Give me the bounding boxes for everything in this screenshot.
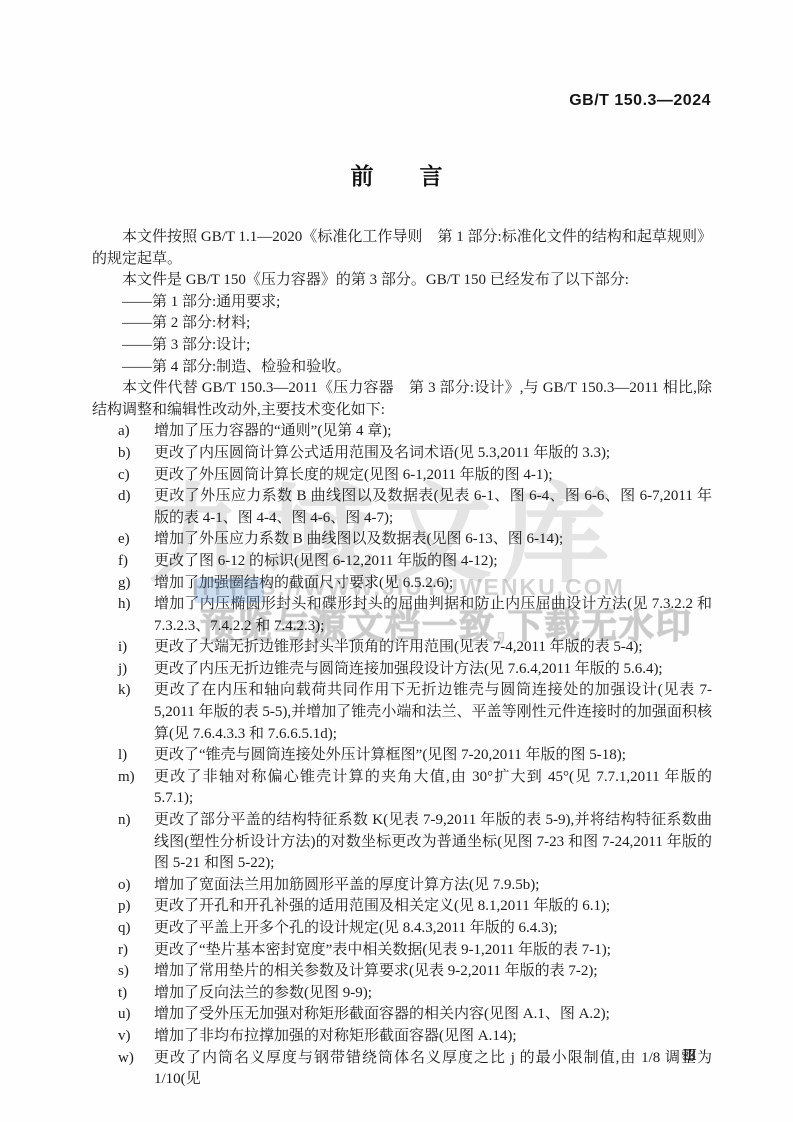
change-item: t) 增加了反向法兰的参数(见图 9-9); [92,983,712,1005]
change-item: n) 更改了部分平盖的结构特征系数 K(见表 7-9,2011 年版的表 5-9… [92,810,712,875]
change-item-text: 更改了非轴对称偏心锥壳计算的夹角大值,由 30°扩大到 45°(见 7.7.1,… [154,767,712,810]
change-item-text: 增加了反向法兰的参数(见图 9-9); [154,983,712,1005]
change-item-label: g) [118,573,154,595]
change-item: h) 增加了内压椭圆形封头和碟形封头的屈曲判据和防止内压屈曲设计方法(见 7.3… [92,594,712,637]
parts-list: ——第 1 部分:通用要求; ——第 2 部分:材料; ——第 3 部分:设计;… [92,292,712,378]
change-item-label: e) [118,529,154,551]
standard-number: GB/T 150.3—2024 [569,92,711,110]
change-item-text: 增加了宽面法兰用加筋圆形平盖的厚度计算方法(见 7.9.5b); [154,875,712,897]
change-item-label: l) [118,745,154,767]
change-item-label: d) [118,486,154,529]
change-item-text: 更改了内压圆筒计算公式适用范围及名词术语(见 5.3,2011 年版的 3.3)… [154,443,712,465]
change-item: l) 更改了“锥壳与圆筒连接处外压计算框图”(见图 7-20,2011 年版的图… [92,745,712,767]
change-item-text: 增加了加强圈结构的截面尺寸要求(见 6.5.2.6); [154,573,712,595]
change-item-label: u) [118,1004,154,1026]
change-item: s) 增加了常用垫片的相关参数及计算要求(见表 9-2,2011 年版的表 7-… [92,961,712,983]
change-item-text: 增加了外压应力系数 B 曲线图以及数据表(见图 6-13、图 6-14); [154,529,712,551]
change-item-text: 增加了内压椭圆形封头和碟形封头的屈曲判据和防止内压屈曲设计方法(见 7.3.2.… [154,594,712,637]
page-title: 前 言 [0,158,793,191]
change-item-text: 更改了内筒名义厚度与钢带错绕筒体名义厚度之比 j 的最小限制值,由 1/8 调整… [154,1048,712,1091]
change-item-text: 更改了外压应力系数 B 曲线图以及数据表(见表 6-1、图 6-4、图 6-6、… [154,486,712,529]
change-item: b) 更改了内压圆筒计算公式适用范围及名词术语(见 5.3,2011 年版的 3… [92,443,712,465]
change-item: p) 更改了开孔和开孔补强的适用范围及相关定义(见 8.1,2011 年版的 6… [92,896,712,918]
intro-paragraph-series: 本文件是 GB/T 150《压力容器》的第 3 部分。GB/T 150 已经发布… [92,270,712,292]
change-item: v) 增加了非均布拉撑加强的对称矩形截面容器(见图 A.14); [92,1026,712,1048]
change-item-label: h) [118,594,154,637]
change-item: f) 更改了图 6-12 的标识(见图 6-12,2011 年版的图 4-12)… [92,551,712,573]
change-item: a) 增加了压力容器的“通则”(见第 4 章); [92,421,712,443]
change-item-label: n) [118,810,154,875]
document-page: GB/T 150.3—2024 前 言 本文件按照 GB/T 1.1—2020《… [0,0,793,1122]
change-item: o) 增加了宽面法兰用加筋圆形平盖的厚度计算方法(见 7.9.5b); [92,875,712,897]
change-item-label: m) [118,767,154,810]
change-item-label: s) [118,961,154,983]
changes-list: a) 增加了压力容器的“通则”(见第 4 章); b) 更改了内压圆筒计算公式适… [92,421,712,1090]
page-number: Ⅲ [683,1046,697,1065]
change-item: r) 更改了“垫片基本密封宽度”表中相关数据(见表 9-1,2011 年版的表 … [92,940,712,962]
change-item-text: 更改了开孔和开孔补强的适用范围及相关定义(见 8.1,2011 年版的 6.1)… [154,896,712,918]
change-item-text: 增加了受外压无加强对称矩形截面容器的相关内容(见图 A.1、图 A.2); [154,1004,712,1026]
change-item-text: 更改了“锥壳与圆筒连接处外压计算框图”(见图 7-20,2011 年版的图 5-… [154,745,712,767]
change-item-label: o) [118,875,154,897]
change-item-label: v) [118,1026,154,1048]
change-item: i) 更改了大端无折边锥形封头半顶角的许用范围(见表 7-4,2011 年版的表… [92,637,712,659]
change-item: m) 更改了非轴对称偏心锥壳计算的夹角大值,由 30°扩大到 45°(见 7.7… [92,767,712,810]
change-item-label: t) [118,983,154,1005]
parts-list-item: ——第 4 部分:制造、检验和验收。 [92,357,712,379]
change-item-text: 更改了在内压和轴向载荷共同作用下无折边锥壳与圆筒连接处的加强设计(见表 7-5,… [154,680,712,745]
change-item-text: 更改了平盖上开多个孔的设计规定(见 8.4.3,2011 年版的 6.4.3); [154,918,712,940]
document-body: 本文件按照 GB/T 1.1—2020《标准化工作导则 第 1 部分:标准化文件… [92,227,712,1091]
change-item: d) 更改了外压应力系数 B 曲线图以及数据表(见表 6-1、图 6-4、图 6… [92,486,712,529]
change-item-label: i) [118,637,154,659]
change-item: w) 更改了内筒名义厚度与钢带错绕筒体名义厚度之比 j 的最小限制值,由 1/8… [92,1048,712,1091]
parts-list-item: ——第 3 部分:设计; [92,335,712,357]
change-item-label: q) [118,918,154,940]
change-item: q) 更改了平盖上开多个孔的设计规定(见 8.4.3,2011 年版的 6.4.… [92,918,712,940]
change-item-text: 更改了大端无折边锥形封头半顶角的许用范围(见表 7-4,2011 年版的表 5-… [154,637,712,659]
change-item-label: r) [118,940,154,962]
parts-list-item: ——第 2 部分:材料; [92,313,712,335]
change-item-text: 更改了“垫片基本密封宽度”表中相关数据(见表 9-1,2011 年版的表 7-1… [154,940,712,962]
change-item-label: a) [118,421,154,443]
change-item: e) 增加了外压应力系数 B 曲线图以及数据表(见图 6-13、图 6-14); [92,529,712,551]
change-item-label: w) [118,1048,154,1091]
change-item: k) 更改了在内压和轴向载荷共同作用下无折边锥壳与圆筒连接处的加强设计(见表 7… [92,680,712,745]
change-item-text: 更改了外压圆筒计算长度的规定(见图 6-1,2011 年版的图 4-1); [154,465,712,487]
change-item-label: j) [118,659,154,681]
change-item-label: p) [118,896,154,918]
change-item-text: 更改了图 6-12 的标识(见图 6-12,2011 年版的图 4-12); [154,551,712,573]
parts-list-item: ——第 1 部分:通用要求; [92,292,712,314]
change-item: g) 增加了加强圈结构的截面尺寸要求(见 6.5.2.6); [92,573,712,595]
change-item-label: f) [118,551,154,573]
change-item: u) 增加了受外压无加强对称矩形截面容器的相关内容(见图 A.1、图 A.2); [92,1004,712,1026]
change-item-text: 更改了内压无折边锥壳与圆筒连接加强段设计方法(见 7.6.4,2011 年版的 … [154,659,712,681]
change-item-text: 更改了部分平盖的结构特征系数 K(见表 7-9,2011 年版的表 5-9),并… [154,810,712,875]
change-item-text: 增加了非均布拉撑加强的对称矩形截面容器(见图 A.14); [154,1026,712,1048]
amendment-intro-paragraph: 本文件代替 GB/T 150.3—2011《压力容器 第 3 部分:设计》,与 … [92,378,712,421]
change-item: c) 更改了外压圆筒计算长度的规定(见图 6-1,2011 年版的图 4-1); [92,465,712,487]
change-item-label: b) [118,443,154,465]
change-item: j) 更改了内压无折边锥壳与圆筒连接加强段设计方法(见 7.6.4,2011 年… [92,659,712,681]
change-item-text: 增加了常用垫片的相关参数及计算要求(见表 9-2,2011 年版的表 7-2); [154,961,712,983]
intro-paragraph-drafting-rules: 本文件按照 GB/T 1.1—2020《标准化工作导则 第 1 部分:标准化文件… [92,227,712,270]
change-item-label: k) [118,680,154,745]
change-item-text: 增加了压力容器的“通则”(见第 4 章); [154,421,712,443]
change-item-label: c) [118,465,154,487]
